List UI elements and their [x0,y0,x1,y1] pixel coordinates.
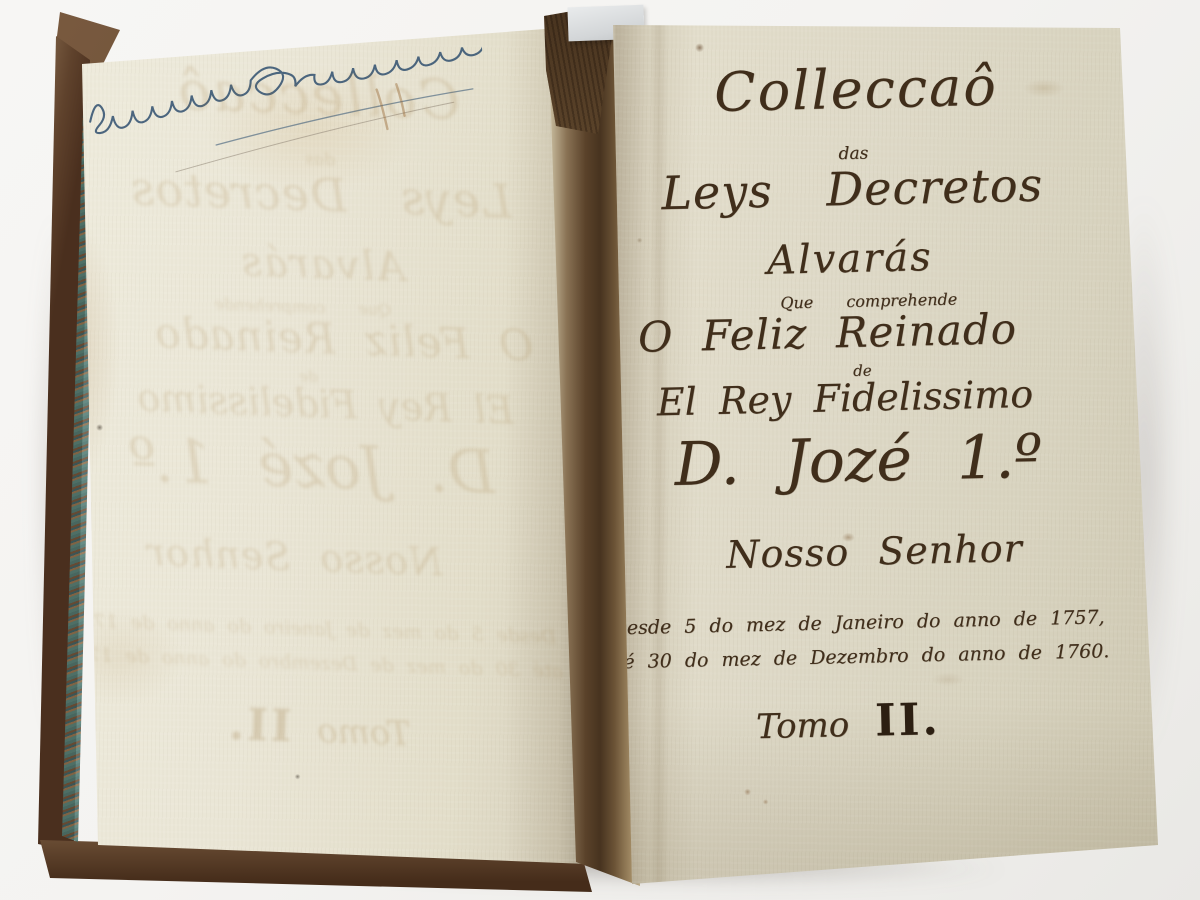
photo-background: Colleccaô das Leys Decretos Alvarás Que … [0,0,1200,900]
ghost-line-d-joze: D. Jozé 1.º [50,423,572,511]
title-line-tomo: TomoII. [588,690,1109,753]
title-line-colleccao: Colleccaô [595,52,1116,127]
ghost-line-tomo: TomoII. [58,693,579,762]
ghost-line-colleccao: Colleccaô [57,55,579,136]
ghost-tomo-numeral: II. [225,699,292,752]
ghost-tomo-label: Tomo [317,711,412,754]
ink-offset-ghost-text: Colleccaô das Leys Decretos Alvarás Que … [46,25,595,873]
tomo-label: Tomo [756,705,850,747]
title-line-date-from: Desde 5 do mez de Janeiro do anno de 175… [598,606,1118,640]
title-line-leys-decretos: Leys Decretos [592,156,1113,222]
title-line-nosso-senhor: Nosso Senhor [614,524,1135,580]
tomo-numeral: II. [875,694,942,746]
title-line-date-to: até 30 do mez de Dezembro do anno de 176… [597,640,1117,674]
title-text-block: Colleccaô das Leys Decretos Alvarás Que … [581,22,1120,864]
ghost-line-date-to: até 30 do mez de Dezembro do anno de 176… [50,643,570,683]
title-line-d-joze: D. Jozé 1.º [598,420,1119,502]
title-line-o-feliz-reinado: O Feliz Reinado [567,303,1088,364]
ghost-line-date-from: Desde 5 do mez de Janeiro do anno de 175… [49,609,569,649]
ghost-line-alvaras: Alvarás [62,233,583,297]
ghost-line-nosso-senhor: Nosso Senhor [34,526,555,588]
title-line-alvaras: Alvarás [589,230,1110,288]
